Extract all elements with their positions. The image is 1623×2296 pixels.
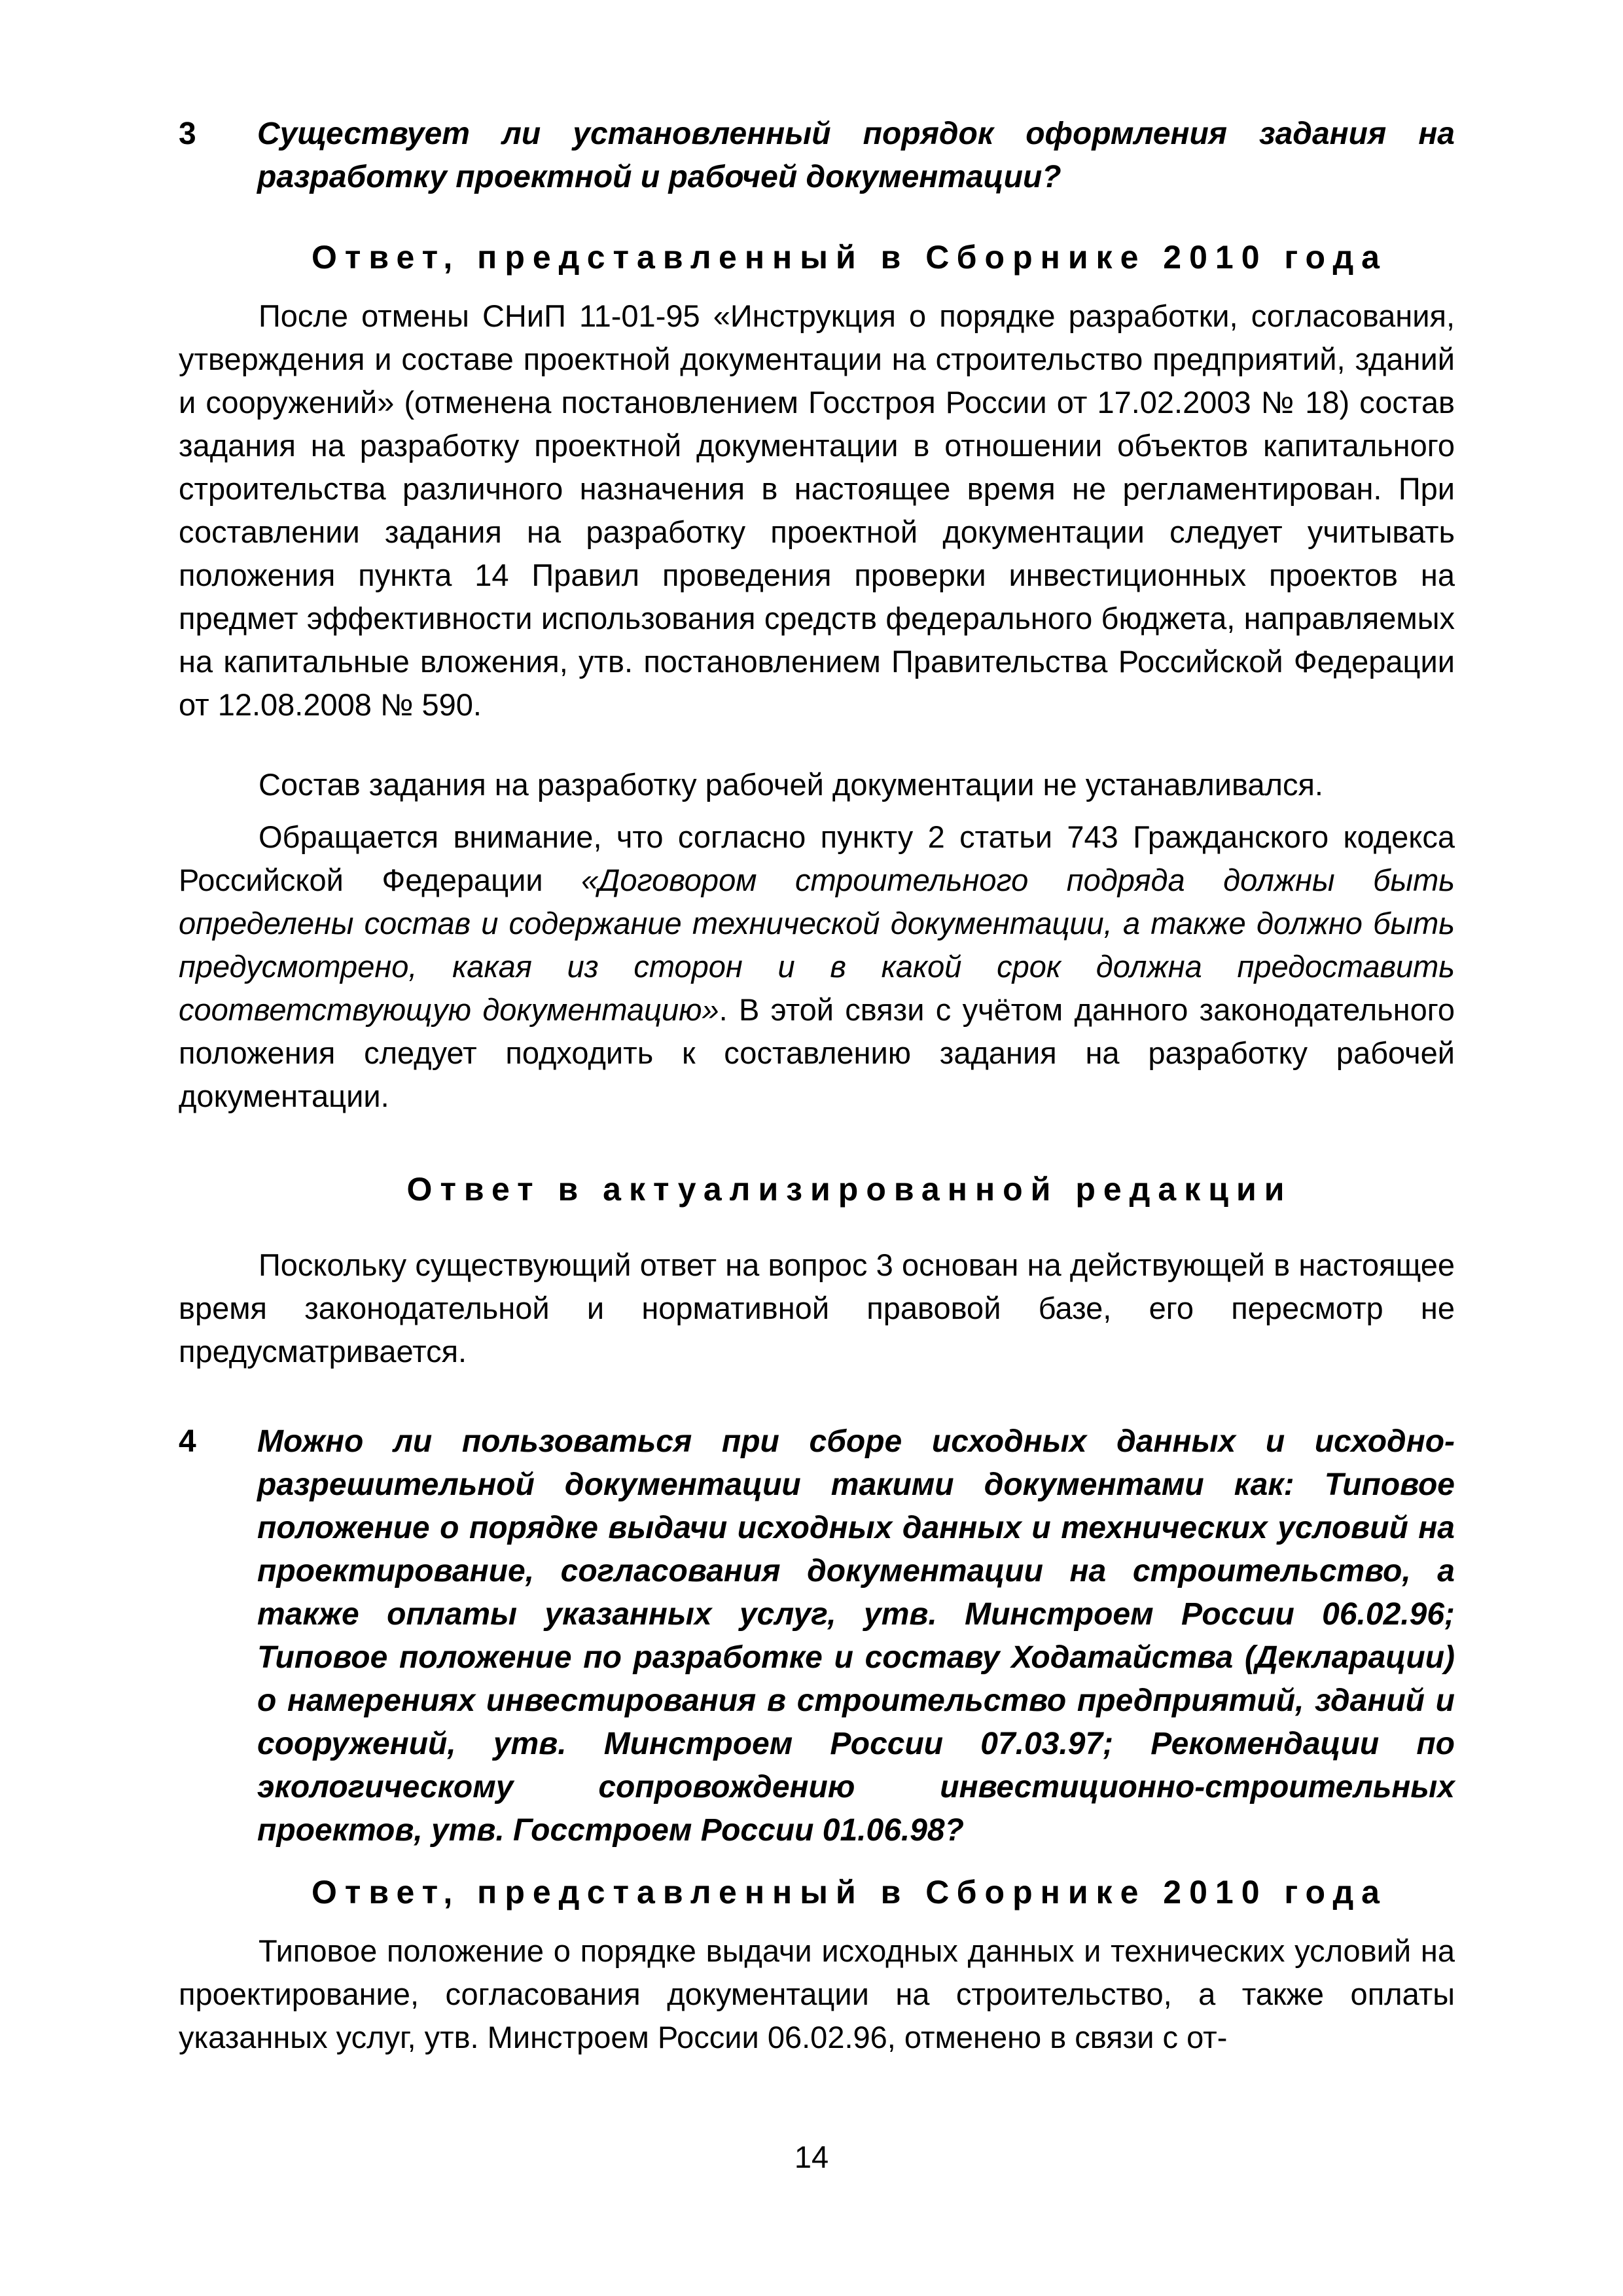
- paragraph: После отмены СНиП 11-01-95 «Инструкция о…: [179, 295, 1455, 726]
- question-4: 4 Можно ли пользоваться при сборе исходн…: [179, 1420, 1455, 1852]
- section-heading-answer-2010: Ответ, представленный в Сборнике 2010 го…: [179, 1871, 1520, 1914]
- section-heading-answer-2010: Ответ, представленный в Сборнике 2010 го…: [179, 236, 1520, 279]
- question-number: 3: [179, 113, 257, 199]
- question-3: 3 Существует ли установленный порядок оф…: [179, 113, 1455, 199]
- page-number: 14: [0, 2138, 1623, 2177]
- paragraph: Поскольку существующий ответ на вопрос 3…: [179, 1244, 1455, 1373]
- paragraph: Состав задания на разработку рабочей док…: [179, 763, 1455, 806]
- paragraph: Типовое положение о порядке выдачи исход…: [179, 1929, 1455, 2059]
- answer-2010-body: После отмены СНиП 11-01-95 «Инструкция о…: [179, 295, 1455, 726]
- paragraph: Обращается внимание, что согласно пункту…: [179, 816, 1455, 1118]
- question-number: 4: [179, 1420, 257, 1852]
- question-text: Существует ли установленный порядок офор…: [257, 113, 1455, 199]
- answer-2010-note: Состав задания на разработку рабочей док…: [179, 763, 1455, 806]
- answer-2010-civil-code: Обращается внимание, что согласно пункту…: [179, 816, 1455, 1118]
- answer-2010-body: Типовое положение о порядке выдачи исход…: [179, 1929, 1455, 2059]
- question-text: Можно ли пользоваться при сборе исходных…: [257, 1420, 1455, 1852]
- answer-updated-body: Поскольку существующий ответ на вопрос 3…: [179, 1244, 1455, 1373]
- section-heading-answer-updated: Ответ в актуализированной редакции: [179, 1168, 1520, 1211]
